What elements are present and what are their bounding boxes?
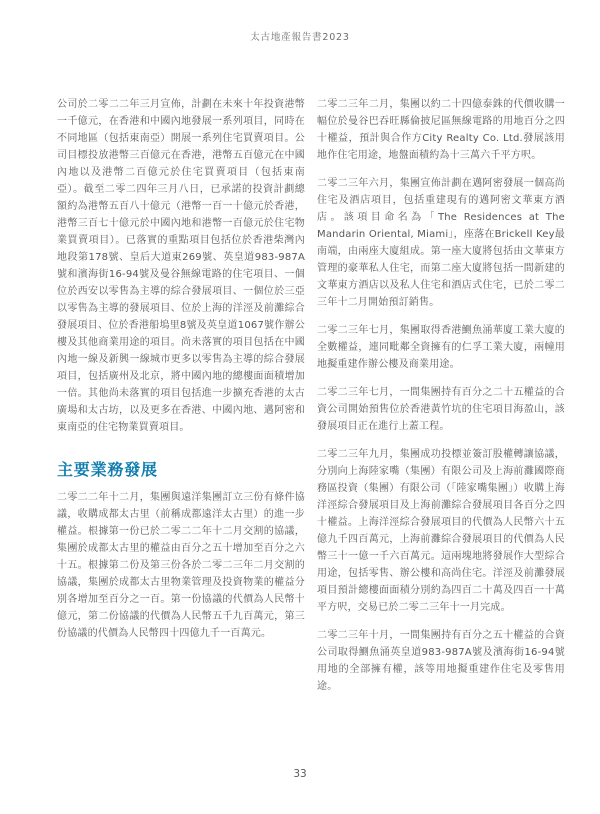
intro-paragraph: 公司於二零二二年三月宣佈，計劃在未來十年投資港幣一千億元，在香港和中國內地發展一… — [57, 96, 305, 436]
body-paragraph: 二零二三年六月，集團宣佈計劃在邁阿密發展一個高尚住宅及酒店項目，包括重建現有的邁… — [317, 175, 565, 311]
left-column: 公司於二零二二年三月宣佈，計劃在未來十年投資港幣一千億元，在香港和中國內地發展一… — [57, 96, 305, 642]
running-header: 太古地產報告書2023 — [0, 29, 600, 43]
body-paragraph: 二零二三年九月，集團成功投標並簽訂股權轉讓協議，分別向上海陸家嘴（集團）有限公司… — [317, 446, 565, 616]
body-paragraph: 二零二三年十月，一間集團持有百分之五十權益的合資公司取得鰂魚涌英皇道983-98… — [317, 627, 565, 695]
right-column: 二零二三年二月，集團以約二十四億泰銖的代價收購一幅位於曼谷巴吞旺縣倫披尼區無線電… — [317, 96, 565, 695]
body-paragraph: 二零二三年二月，集團以約二十四億泰銖的代價收購一幅位於曼谷巴吞旺縣倫披尼區無線電… — [317, 96, 565, 164]
body-paragraph: 二零二三年七月，集團取得香港鰂魚涌華廈工業大廈的全數權益，連同毗鄰全資擁有的仁孚… — [317, 322, 565, 373]
body-paragraph: 二零二二年十二月，集團與遠洋集團訂立三份有條件協議，收購成都太古里（前稱成都遠洋… — [57, 489, 305, 642]
body-paragraph: 二零二三年七月，一間集團持有百分之二十五權益的合資公司開始預售位於香港黃竹坑的住… — [317, 384, 565, 435]
section-heading: 主要業務發展 — [57, 457, 305, 480]
page-number: 33 — [0, 768, 600, 780]
